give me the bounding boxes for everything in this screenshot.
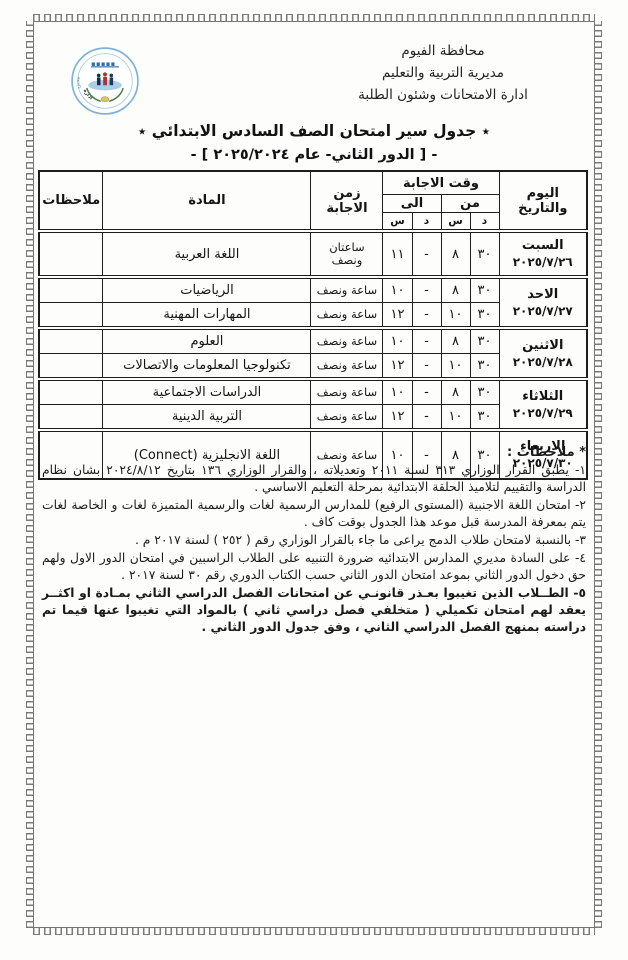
org-line-administration: ادارة الامتحانات وشئون الطلبة [328,84,558,106]
org-header: محافظة الفيوم مديرية التربية والتعليم اد… [328,40,558,106]
from-hour-cell: ٨ [441,328,470,354]
day-cell: الاثنين ٢٠٢٥/٧/٢٨ [499,328,587,379]
day-cell: السبت ٢٠٢٥/٧/٢٦ [499,231,587,277]
subject-cell: المهارات المهنية [103,303,311,329]
table-row: الثلاثاء ٢٠٢٥/٧/٢٩ ٣٠ ٨ - ١٠ ساعة ونصف ا… [39,379,587,405]
exam-schedule-table: اليوم والتاريخ وقت الاجابة زمن الاجابة ا… [38,170,588,480]
from-minute-cell: ٣٠ [470,231,499,277]
col-header-from: من [441,195,499,213]
org-line-directorate: مديرية التربية والتعليم [328,62,558,84]
notes-cell [39,303,103,329]
subject-cell: الدراسات الاجتماعية [103,379,311,405]
notes-cell [39,277,103,303]
table-row: الاثنين ٢٠٢٥/٧/٢٨ ٣٠ ٨ - ١٠ ساعة ونصف ال… [39,328,587,354]
from-hour-cell: ١٠ [441,303,470,329]
duration-cell: ساعة ونصف [311,328,383,354]
frame-teeth-right [595,21,602,928]
col-header-time: وقت الاجابة [383,171,499,195]
from-hour-cell: ٨ [441,231,470,277]
col-header-day: اليوم والتاريخ [499,171,587,231]
note-item-2: ٢- امتحان اللغة الاجنبية (المستوى الرفيع… [42,497,586,531]
to-hour-cell: ١٢ [383,405,412,431]
col-header-to: الى [383,195,441,213]
to-hour-cell: ١٢ [383,303,412,329]
col-header-from-minute: د [470,213,499,232]
col-header-from-hour: س [441,213,470,232]
from-minute-cell: ٣٠ [470,379,499,405]
day-cell: الثلاثاء ٢٠٢٥/٧/٢٩ [499,379,587,430]
notes-cell [39,328,103,354]
notes-title: * ملاحظات : [42,444,586,461]
notes-section: * ملاحظات : ١- يطبق القرار الوزاري ٣١٣ ل… [42,444,586,637]
note-item-5: ٥- الطــلاب الذين تغيبوا بعـذر قانونـي ع… [42,585,586,636]
notes-cell [39,405,103,431]
from-minute-cell: ٣٠ [470,303,499,329]
col-header-to-hour: س [383,213,412,232]
from-hour-cell: ٨ [441,379,470,405]
education-directorate-seal-icon: مديرية التربية والتعليم بالفيوم ادارة ال… [70,46,140,116]
from-hour-cell: ١٠ [441,405,470,431]
from-hour-cell: ٨ [441,277,470,303]
seal-figures [97,72,113,85]
to-minute-cell: - [412,328,441,354]
subject-cell: الرياضيات [103,277,311,303]
col-header-subject: المادة [103,171,311,231]
to-minute-cell: - [412,405,441,431]
from-minute-cell: ٣٠ [470,277,499,303]
note-item-1: ١- يطبق القرار الوزاري ٣١٣ لسنة ٢٠١١ وتع… [42,462,586,496]
duration-cell: ساعة ونصف [311,277,383,303]
duration-cell: ساعتان ونصف [311,231,383,277]
duration-cell: ساعة ونصف [311,303,383,329]
col-header-notes: ملاحظات [39,171,103,231]
day-cell: الاحد ٢٠٢٥/٧/٢٧ [499,277,587,328]
frame-teeth-left [26,21,33,928]
note-item-3: ٣- بالنسبة لامتحان طلاب الدمج يراعى ما ج… [42,532,586,549]
from-minute-cell: ٣٠ [470,328,499,354]
to-minute-cell: - [412,354,441,380]
to-minute-cell: - [412,231,441,277]
to-minute-cell: - [412,303,441,329]
table-row: الاحد ٢٠٢٥/٧/٢٧ ٣٠ ٨ - ١٠ ساعة ونصف الري… [39,277,587,303]
notes-cell [39,379,103,405]
subject-cell: العلوم [103,328,311,354]
to-minute-cell: - [412,277,441,303]
duration-cell: ساعة ونصف [311,379,383,405]
duration-cell: ساعة ونصف [311,405,383,431]
table-row: السبت ٢٠٢٥/٧/٢٦ ٣٠ ٨ - ١١ ساعتان ونصف ال… [39,231,587,277]
to-hour-cell: ١٠ [383,328,412,354]
to-hour-cell: ١٢ [383,354,412,380]
subject-cell: اللغة العربية [103,231,311,277]
duration-cell: ساعة ونصف [311,354,383,380]
exam-schedule-document: مديرية التربية والتعليم بالفيوم ادارة ال… [0,0,628,960]
to-minute-cell: - [412,379,441,405]
subject-cell: التربية الدينية [103,405,311,431]
from-minute-cell: ٣٠ [470,405,499,431]
notes-cell [39,354,103,380]
org-line-governorate: محافظة الفيوم [328,40,558,62]
from-minute-cell: ٣٠ [470,354,499,380]
document-content: مديرية التربية والتعليم بالفيوم ادارة ال… [40,26,588,922]
page-title: ٭ جدول سير امتحان الصف السادس الابتدائي … [40,122,588,140]
to-hour-cell: ١٠ [383,379,412,405]
seal-emblem [101,97,109,102]
col-header-duration: زمن الاجابة [311,171,383,231]
frame-teeth-bottom [33,928,595,935]
frame-teeth-top [33,14,595,21]
to-hour-cell: ١٠ [383,277,412,303]
note-item-4: ٤- على السادة مديري المدارس الابتدائيه ض… [42,550,586,584]
subject-cell: تكنولوجيا المعلومات والاتصالات [103,354,311,380]
col-header-to-minute: د [412,213,441,232]
from-hour-cell: ١٠ [441,354,470,380]
to-hour-cell: ١١ [383,231,412,277]
page-subtitle: - [ الدور الثاني- عام ٢٠٢٥/٢٠٢٤ ] - [40,147,588,163]
notes-cell [39,231,103,277]
